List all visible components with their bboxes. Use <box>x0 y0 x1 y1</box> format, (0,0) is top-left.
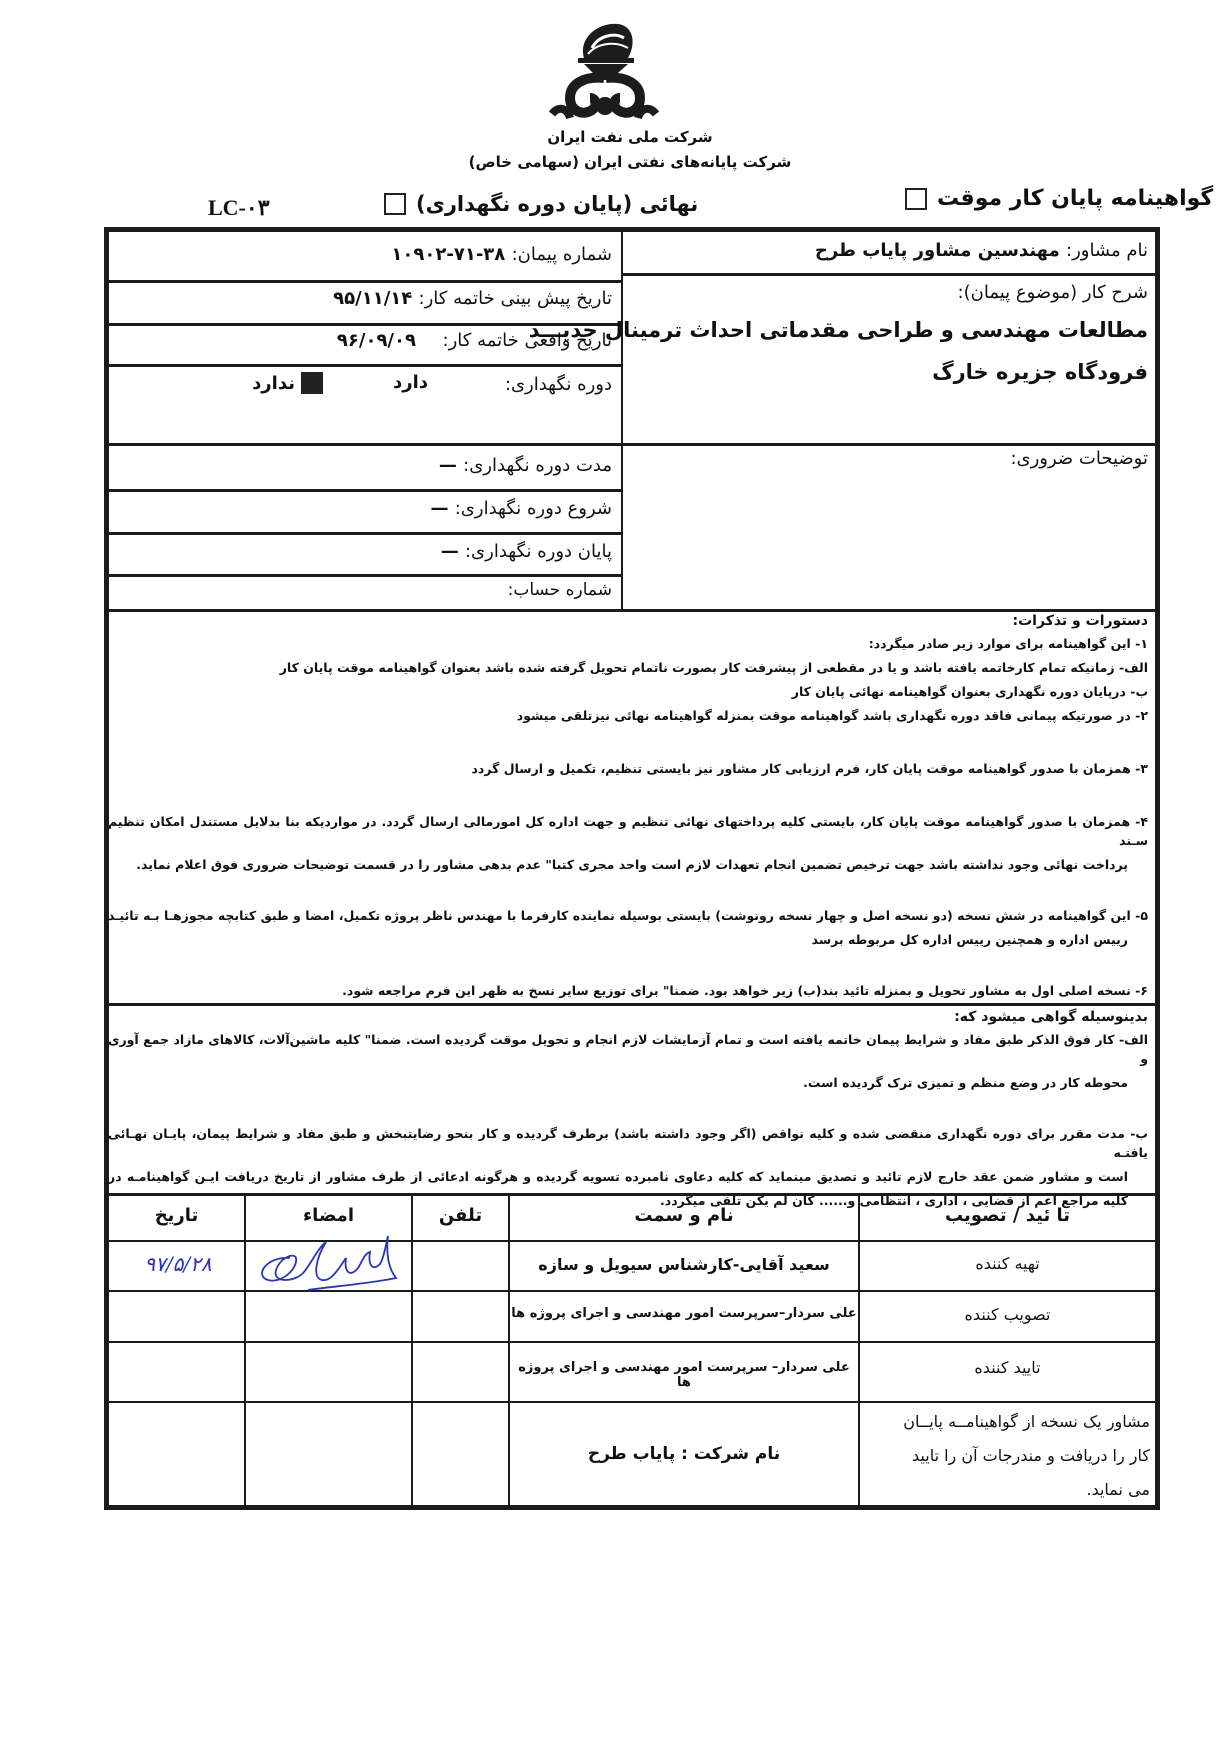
maintenance-duration-label: مدت دوره نگهداری: <box>463 455 612 476</box>
panel-divider <box>621 232 623 610</box>
instruction-item-4-line-2: پرداخت نهائی وجود نداشته باشد جهت ترخیص … <box>108 855 1148 874</box>
instruction-item-3: ۳- همزمان با صدور گواهینامه موقت پایان ک… <box>108 759 1148 778</box>
consultant-ack-line-2: کار را دریافت و مندرجات آن را تایید <box>862 1439 1150 1473</box>
instruction-item-4-line-1: ۴- همزمان با صدور گواهینامه موقت پایان ک… <box>108 812 1148 850</box>
column-divider <box>858 1195 860 1505</box>
divider <box>109 1193 1155 1196</box>
form-code: LC-۰۳ <box>208 195 270 221</box>
divider <box>109 1003 1155 1006</box>
signature-scribble-icon <box>246 1228 411 1298</box>
consultant-acknowledgement: مشاور یک نسخه از گواهینامــه پایــان کار… <box>862 1405 1150 1507</box>
divider <box>109 364 623 367</box>
certification-heading: بدینوسیله گواهی میشود که: <box>108 1008 1148 1027</box>
consultant-ack-line-3: می نماید. <box>862 1473 1150 1507</box>
contract-number-value: ۳۸-۷۱-۱۰۹۰۲ <box>391 244 505 265</box>
instruction-item-1b: ب- درپایان دوره نگهداری بعنوان گواهینامه… <box>108 682 1148 701</box>
forecast-end-value: ۹۵/۱۱/۱۴ <box>333 288 412 309</box>
contract-number-label: شماره پیمان: <box>512 244 612 265</box>
header-approval: تا ئید / تصویب <box>860 1205 1155 1226</box>
maintenance-duration-value: — <box>439 455 457 476</box>
temporary-checkbox[interactable] <box>905 188 927 210</box>
instruction-item-5-line-1: ۵- این گواهینامه در شش نسخه (دو نسخه اصل… <box>108 906 1148 925</box>
consultant-name: مهندسین مشاور پایاب طرح <box>815 240 1060 261</box>
maintenance-label: دوره نگهداری: <box>505 374 612 395</box>
header-name-position: نام و سمت <box>510 1205 858 1226</box>
instruction-item-1: ۱- این گواهینامه برای موارد زیر صادر میگ… <box>108 634 1148 653</box>
certification-clause-a-line-1: الف- کار فوق الذکر طبق مفاد و شرایط پیما… <box>108 1030 1148 1068</box>
account-number-field: شماره حساب: <box>508 580 612 600</box>
maintenance-end-field: پایان دوره نگهداری: — <box>441 541 612 562</box>
maintenance-period-field: دوره نگهداری: <box>505 374 612 395</box>
divider <box>109 574 623 577</box>
title-final-label: نهائی (پایان دوره نگهداری) <box>416 192 698 216</box>
row-3-name: علی سردار– سرپرست امور مهندسی و اجرای پر… <box>510 1360 858 1390</box>
title-temporary-option: گواهینامه پایان کار موقت <box>905 186 1213 211</box>
forecast-end-label: تاریخ پیش بینی خاتمه کار: <box>419 288 612 309</box>
header-phone: تلفن <box>413 1205 508 1226</box>
maintenance-has-not-option: ندارد <box>252 372 323 394</box>
forecast-end-field: تاریخ پیش بینی خاتمه کار: ۹۵/۱۱/۱۴ <box>333 288 612 309</box>
title-temporary-label: گواهینامه پایان کار موقت <box>937 186 1213 211</box>
org-name-terminals: شرکت پایانه‌های نفتی ایران (سهامی خاص) <box>430 153 830 171</box>
instructions-section: دستورات و تذکرات: ۱- این گواهینامه برای … <box>108 612 1148 1000</box>
divider <box>109 280 623 283</box>
maintenance-start-value: — <box>430 498 448 519</box>
instructions-heading: دستورات و تذکرات: <box>108 612 1148 631</box>
divider <box>623 273 1155 276</box>
final-checkbox[interactable] <box>384 193 406 215</box>
maintenance-start-label: شروع دوره نگهداری: <box>455 498 612 519</box>
company-name: نام شرکت : پایاب طرح <box>510 1444 858 1464</box>
certification-clause-a-line-2: محوطه کار در وضع منظم و تمیزی ترک گردیده… <box>108 1073 1148 1092</box>
row-2-name: علی سردار–سرپرست امور مهندسی و اجرای پرو… <box>510 1306 858 1321</box>
row-2-role: تصویب کننده <box>860 1305 1155 1324</box>
row-1-date: ۹۷/۵/۲۸ <box>118 1252 238 1276</box>
maintenance-has-option: دارد <box>393 372 428 393</box>
maintenance-has-not-label: ندارد <box>252 373 295 394</box>
maintenance-has-not-checkbox[interactable] <box>301 372 323 394</box>
work-description-label-text: شرح کار (موضوع پیمان): <box>958 282 1148 303</box>
account-number-label: شماره حساب: <box>508 580 612 600</box>
consultant-field: نام مشاور: مهندسین مشاور پایاب طرح <box>815 240 1148 261</box>
column-divider <box>411 1195 413 1505</box>
work-description-label: شرح کار (موضوع پیمان): <box>958 282 1148 303</box>
consultant-ack-line-1: مشاور یک نسخه از گواهینامــه پایــان <box>862 1405 1150 1439</box>
maintenance-end-value: — <box>441 541 459 562</box>
certification-clause-b-line-2: است و مشاور ضمن عقد خارج لازم تائید و تص… <box>108 1167 1148 1186</box>
contract-number-field: شماره پیمان: ۳۸-۷۱-۱۰۹۰۲ <box>391 244 612 265</box>
instruction-item-6: ۶- نسخه اصلی اول به مشاور تحویل و بمنزله… <box>108 981 1148 1000</box>
work-description-line-1: مطالعات مهندسی و طراحی مقدماتی احداث ترم… <box>529 318 1148 342</box>
instruction-item-1a: الف- زمانیکه تمام کارخاتمه یافته باشد و … <box>108 658 1148 677</box>
maintenance-duration-field: مدت دوره نگهداری: — <box>439 455 612 476</box>
divider <box>109 532 623 535</box>
instruction-item-2: ۲- در صورتیکه پیمانی فاقد دوره نگهداری ب… <box>108 706 1148 725</box>
remarks-label-text: توضیحات ضروری: <box>1010 448 1148 469</box>
title-final-option: نهائی (پایان دوره نگهداری) <box>384 192 698 216</box>
instruction-item-5-line-2: رییس اداره و همچنین رییس اداره کل مربوطه… <box>108 930 1148 949</box>
maintenance-start-field: شروع دوره نگهداری: — <box>430 498 612 519</box>
divider <box>109 443 1155 446</box>
maintenance-has-label: دارد <box>393 372 428 393</box>
row-3-role: تایید کننده <box>860 1358 1155 1377</box>
header-signature: امضاء <box>246 1205 411 1226</box>
remarks-label: توضیحات ضروری: <box>1010 448 1148 469</box>
divider <box>109 1401 1155 1403</box>
nioc-flame-logo-icon <box>548 18 660 126</box>
consultant-label: نام مشاور: <box>1066 240 1148 261</box>
org-name-nioc: شرکت ملی نفت ایران <box>430 128 830 146</box>
row-1-role: تهیه کننده <box>860 1254 1155 1273</box>
divider <box>109 1341 1155 1343</box>
maintenance-end-label: پایان دوره نگهداری: <box>465 541 612 562</box>
work-description-line-2: فرودگاه جزیره خارگ <box>932 360 1148 384</box>
actual-end-value: ۹۶/۰۹/۰۹ <box>337 330 416 351</box>
certification-section: بدینوسیله گواهی میشود که: الف- کار فوق ا… <box>108 1008 1148 1210</box>
header-date: تاریخ <box>109 1205 244 1226</box>
divider <box>109 489 623 492</box>
row-1-name: سعید آقایی-کارشناس سیویل و سازه <box>510 1255 858 1274</box>
certification-clause-b-line-1: ب- مدت مقرر برای دوره نگهداری منقضی شده … <box>108 1124 1148 1162</box>
